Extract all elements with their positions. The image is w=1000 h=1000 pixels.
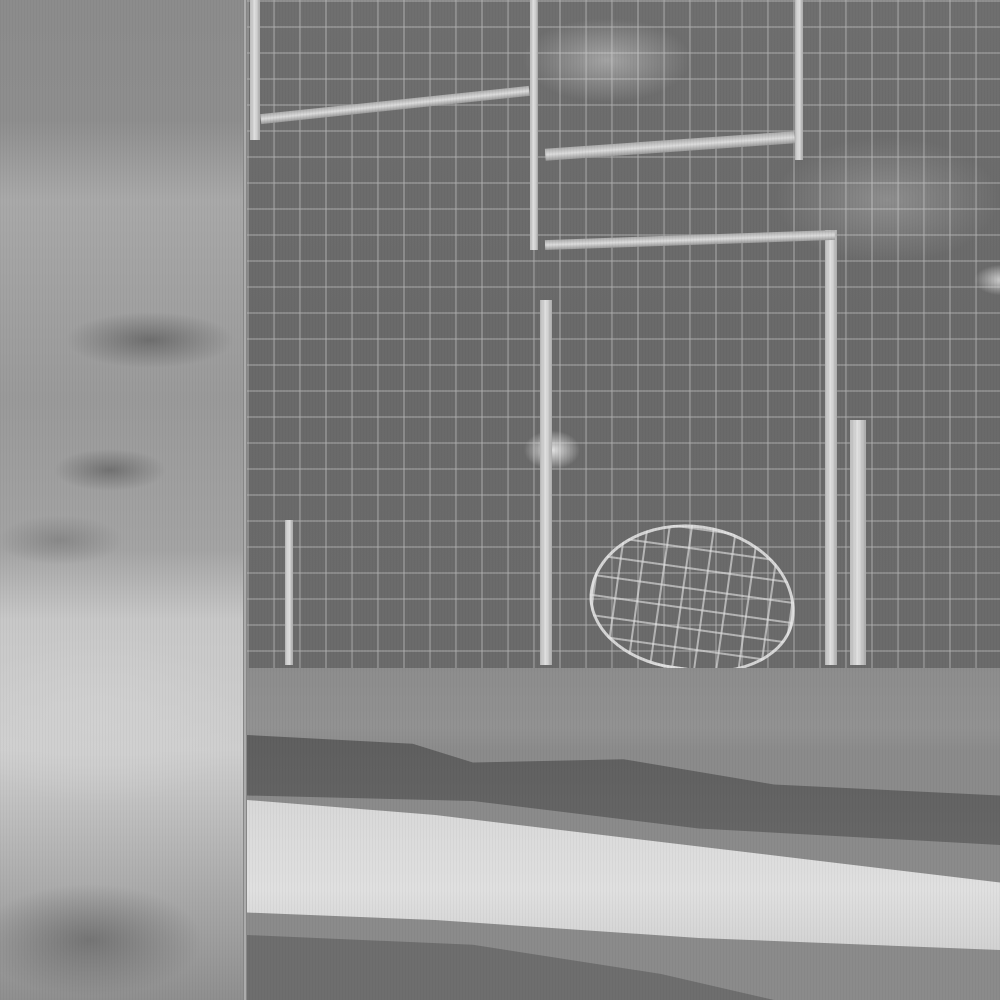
cage-post: [795, 0, 803, 160]
cloud-sea-strip: [0, 0, 245, 1000]
cage-post: [540, 300, 552, 665]
cage-post: [530, 0, 538, 250]
cage-post: [250, 0, 260, 140]
cage-post: [850, 420, 866, 665]
cage-post: [285, 520, 293, 665]
cage-post: [825, 230, 837, 665]
photo-collage: [0, 0, 1000, 1000]
